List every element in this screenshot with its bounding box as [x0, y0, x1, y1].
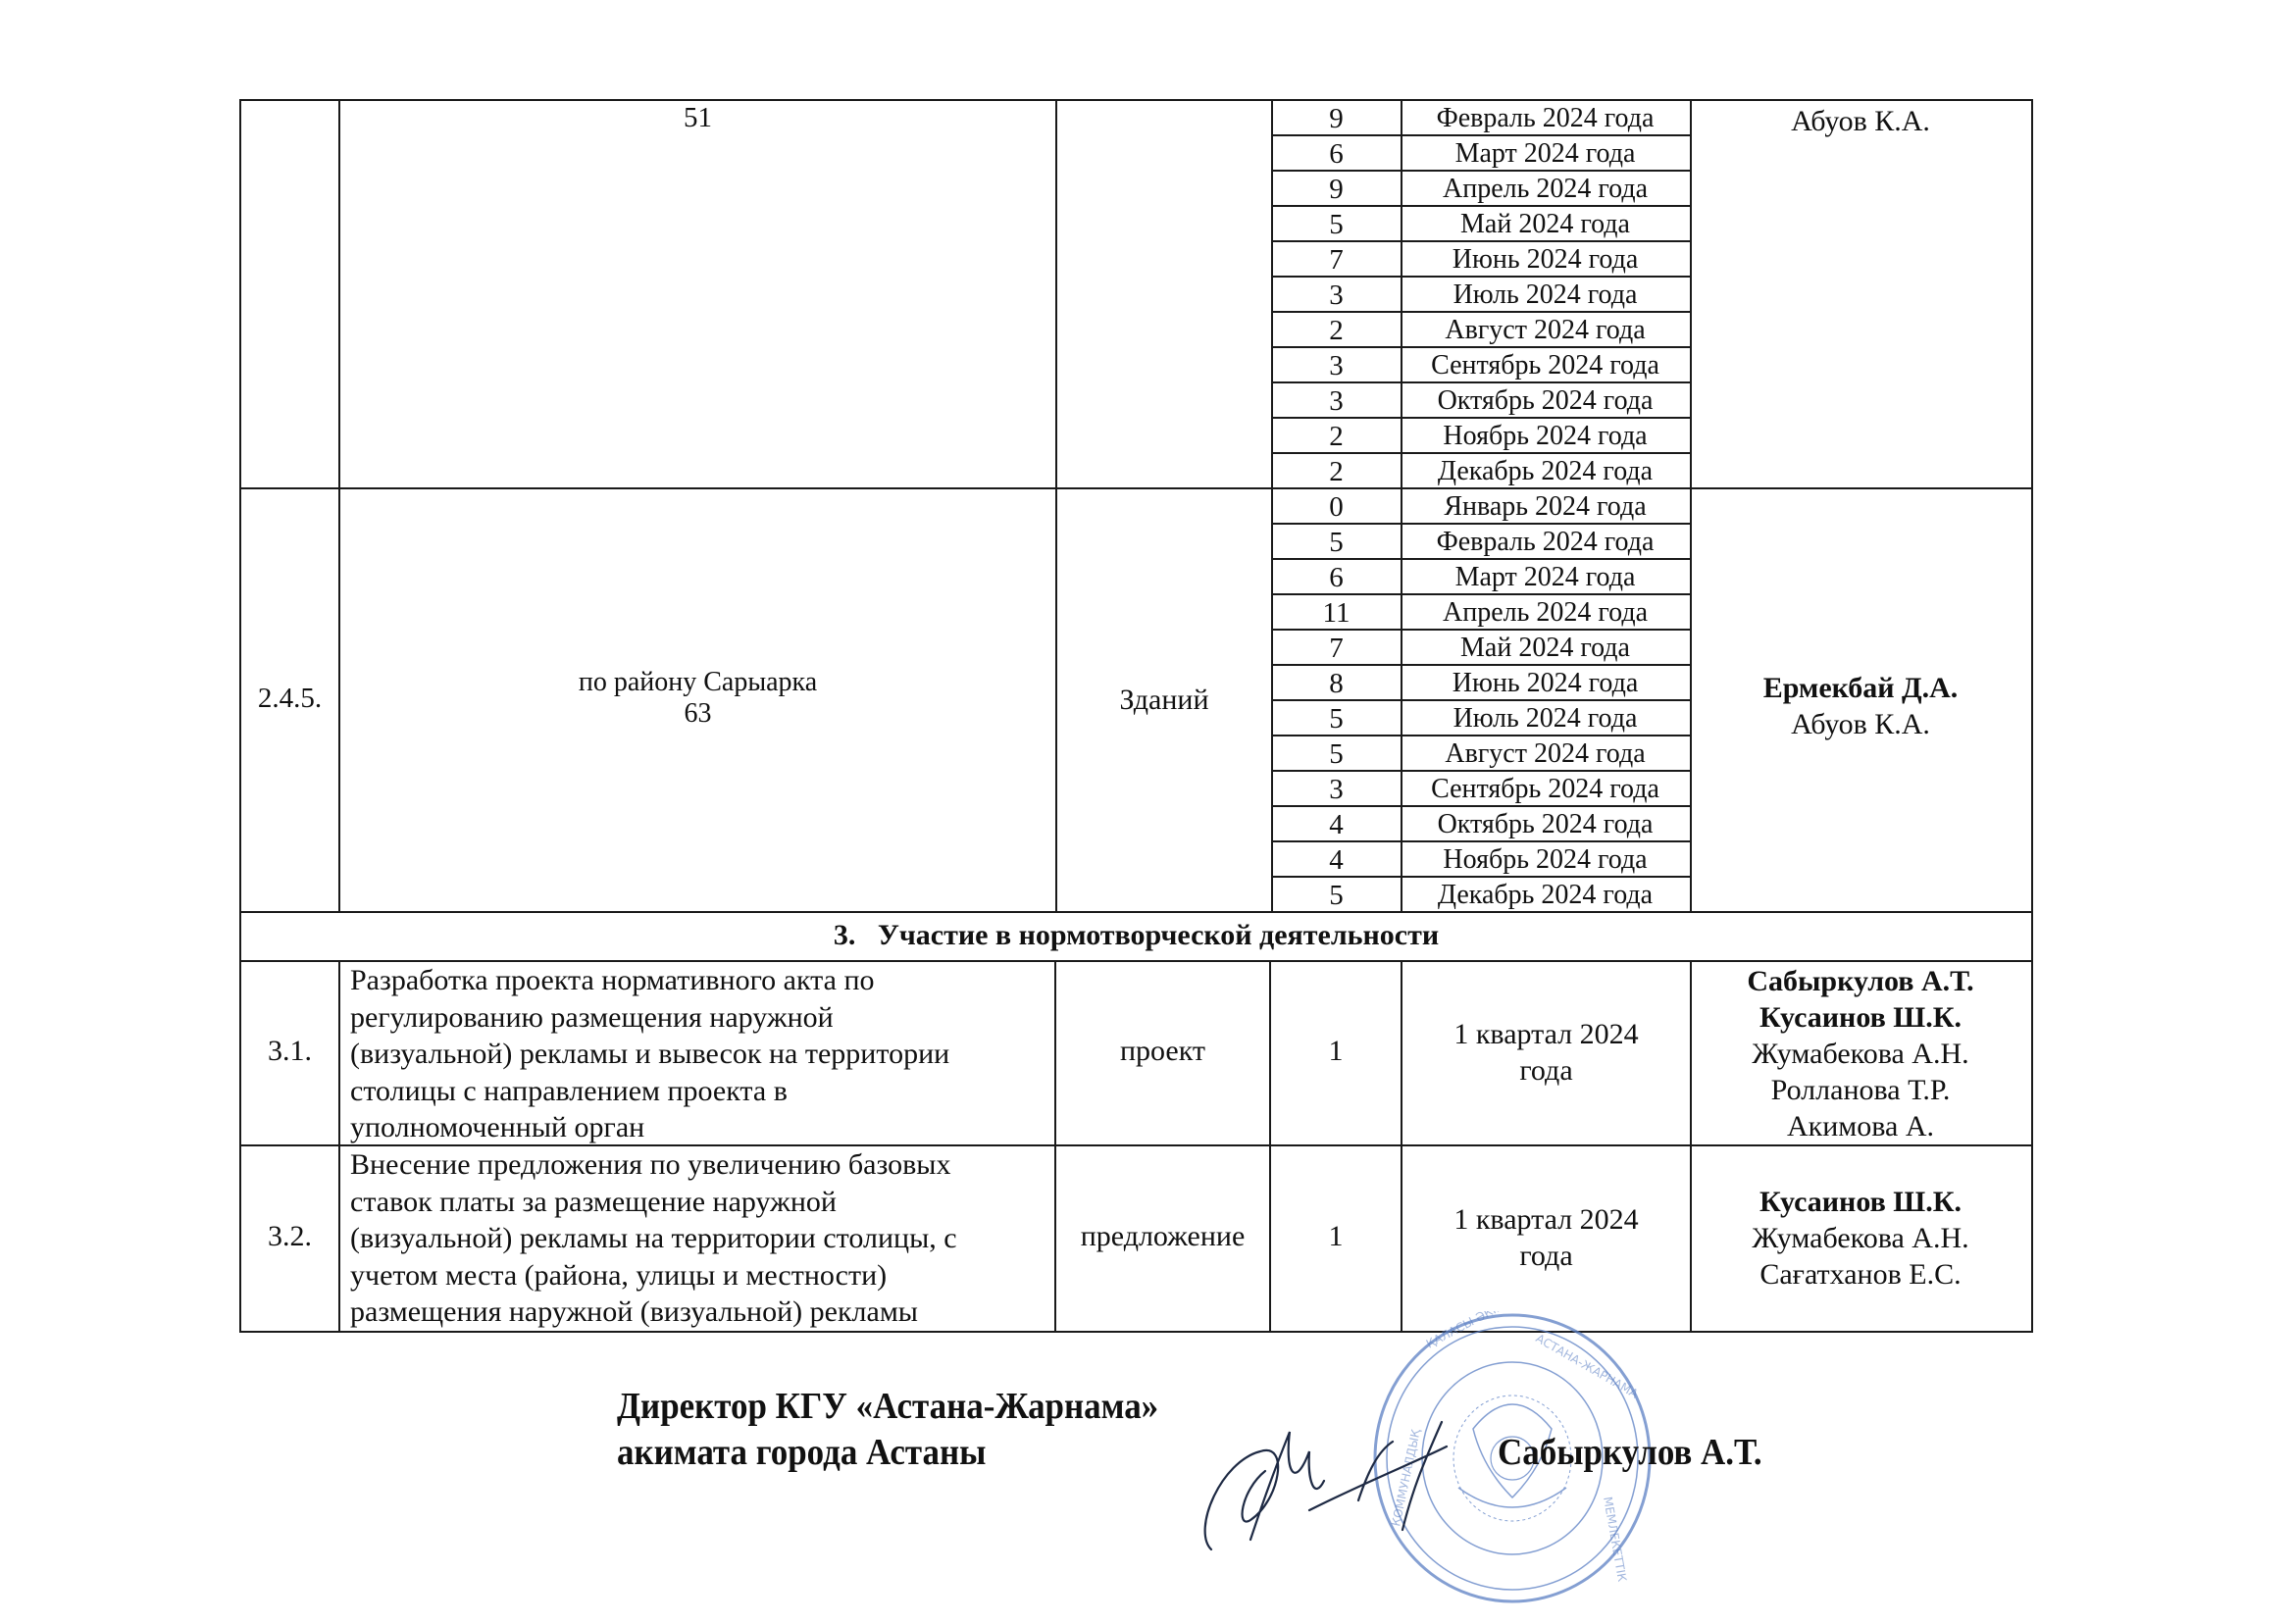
responsible-person: Сағатханов Е.С.: [1690, 1256, 2031, 1293]
description-line: столицы с направлением проекта в: [350, 1073, 1056, 1110]
schedule-period: Сентябрь 2024 года: [1401, 348, 1690, 383]
schedule-period: Ноябрь 2024 года: [1401, 842, 1690, 878]
schedule-period: Июль 2024 года: [1401, 278, 1690, 313]
table-right-border: [2031, 99, 2033, 1333]
description-line: уполномоченный орган: [350, 1109, 1056, 1146]
description-line: регулированию размещения наружной: [350, 999, 1056, 1037]
schedule-period: Декабрь 2024 года: [1401, 454, 1690, 489]
description-line: Разработка проекта нормативного акта по: [350, 962, 1056, 999]
schedule-count: 11: [1272, 595, 1401, 631]
schedule-count: 2: [1272, 313, 1401, 348]
period-line: года: [1402, 1238, 1690, 1274]
responsible-cell: Сабыркулов А.Т.Кусаинов Ш.К.Жумабекова А…: [1690, 963, 2031, 1144]
responsible-person: Жумабекова А.Н.: [1690, 1220, 2031, 1256]
section-header: 3. Участие в нормотворческой деятельност…: [241, 918, 2031, 953]
schedule-count: 4: [1272, 807, 1401, 842]
responsible-person: Ермекбай Д.А.: [1690, 670, 2031, 706]
schedule-period: Март 2024 года: [1401, 136, 1690, 172]
row-unit: проект: [1056, 1034, 1269, 1069]
schedule-count: 6: [1272, 560, 1401, 595]
period-line: 1 квартал 2024: [1402, 1201, 1690, 1238]
schedule-period: Июль 2024 года: [1401, 701, 1690, 736]
responsible-person: Акимова А.: [1690, 1108, 2031, 1144]
row-description: Внесение предложения по увеличению базов…: [350, 1146, 1056, 1331]
schedule-count: 4: [1272, 842, 1401, 878]
description-line: размещения наружной (визуальной) рекламы: [350, 1294, 1056, 1331]
schedule-count: 7: [1272, 631, 1401, 666]
signer-position-line1: Директор КГУ «Астана-Жарнама»: [617, 1383, 1158, 1430]
schedule-count: 5: [1272, 207, 1401, 242]
row-count: 1: [1271, 1034, 1401, 1069]
row-count: 1: [1271, 1219, 1401, 1254]
schedule-count: 7: [1272, 242, 1401, 278]
responsible-cell: Абуов К.А.: [1690, 103, 2031, 139]
table-left-border: [239, 99, 241, 1333]
description-line: учетом места (района, улицы и местности): [350, 1257, 1056, 1294]
schedule-count: 5: [1272, 525, 1401, 560]
schedule-count: 6: [1272, 136, 1401, 172]
schedule-period: Апрель 2024 года: [1401, 172, 1690, 207]
col-divider: [338, 99, 340, 913]
schedule-period: Ноябрь 2024 года: [1401, 419, 1690, 454]
responsible-person: Кусаинов Ш.К.: [1690, 1184, 2031, 1220]
schedule-period: Май 2024 года: [1401, 207, 1690, 242]
schedule-count: 5: [1272, 736, 1401, 772]
description-line: ставок платы за размещение наружной: [350, 1184, 1056, 1221]
row-description: Разработка проекта нормативного акта пор…: [350, 962, 1056, 1146]
schedule-count: 3: [1272, 772, 1401, 807]
row-divider: [239, 487, 2032, 489]
col-divider: [1055, 99, 1057, 913]
schedule-count: 2: [1272, 419, 1401, 454]
row-divider: [239, 911, 2032, 913]
row-unit: Зданий: [1057, 683, 1271, 718]
schedule-count: 5: [1272, 878, 1401, 913]
col-divider: [338, 960, 340, 1333]
responsible-cell: Ермекбай Д.А.Абуов К.А.: [1690, 670, 2031, 742]
schedule-period: Май 2024 года: [1401, 631, 1690, 666]
schedule-period: Сентябрь 2024 года: [1401, 772, 1690, 807]
row-title-count: 63: [340, 696, 1055, 732]
schedule-count: 9: [1272, 101, 1401, 136]
description-line: (визуальной) рекламы и вывесок на террит…: [350, 1036, 1056, 1073]
responsible-cell: Кусаинов Ш.К.Жумабекова А.Н.Сағатханов Е…: [1690, 1184, 2031, 1293]
row-number: 3.2.: [241, 1219, 338, 1254]
handwritten-signature-icon: [1192, 1393, 1505, 1564]
responsible-person: Сабыркулов А.Т.: [1690, 963, 2031, 999]
responsible-person: Абуов К.А.: [1690, 706, 2031, 742]
schedule-count: 3: [1272, 278, 1401, 313]
svg-text:АСТАНА-ЖАРНАМА: АСТАНА-ЖАРНАМА: [1534, 1331, 1642, 1400]
col-divider: [1690, 99, 1692, 913]
responsible-person: Кусаинов Ш.К.: [1690, 999, 2031, 1036]
schedule-period: Август 2024 года: [1401, 313, 1690, 348]
schedule-period: Октябрь 2024 года: [1401, 807, 1690, 842]
responsible-person: Абуов К.А.: [1690, 103, 2031, 139]
schedule-count: 3: [1272, 383, 1401, 419]
row-number: 2.4.5.: [241, 681, 338, 716]
schedule-period: Июнь 2024 года: [1401, 666, 1690, 701]
row-title: 51: [340, 100, 1055, 135]
schedule-period: Июнь 2024 года: [1401, 242, 1690, 278]
schedule-count: 9: [1272, 172, 1401, 207]
schedule-period: Август 2024 года: [1401, 736, 1690, 772]
period-line: 1 квартал 2024: [1402, 1016, 1690, 1052]
table-bottom-border: [239, 1331, 2032, 1333]
signer-name: Сабыркулов А.Т.: [1498, 1429, 1762, 1476]
schedule-period: Февраль 2024 года: [1401, 101, 1690, 136]
description-line: Внесение предложения по увеличению базов…: [350, 1146, 1056, 1184]
schedule-period: Апрель 2024 года: [1401, 595, 1690, 631]
signer-position-line2: акимата города Астаны: [617, 1429, 986, 1476]
schedule-period: Февраль 2024 года: [1401, 525, 1690, 560]
row-period: 1 квартал 2024года: [1402, 1201, 1690, 1274]
schedule-period: Март 2024 года: [1401, 560, 1690, 595]
description-line: (визуальной) рекламы на территории столи…: [350, 1220, 1056, 1257]
schedule-count: 3: [1272, 348, 1401, 383]
schedule-period: Январь 2024 года: [1401, 489, 1690, 525]
schedule-count: 2: [1272, 454, 1401, 489]
row-period: 1 квартал 2024года: [1402, 1016, 1690, 1089]
schedule-count: 0: [1272, 489, 1401, 525]
row-unit: предложение: [1056, 1219, 1269, 1254]
schedule-period: Декабрь 2024 года: [1401, 878, 1690, 913]
responsible-person: Жумабекова А.Н.: [1690, 1036, 2031, 1072]
schedule-period: Октябрь 2024 года: [1401, 383, 1690, 419]
row-title: по району Сарыарка: [340, 665, 1055, 700]
schedule-count: 8: [1272, 666, 1401, 701]
row-number: 3.1.: [241, 1034, 338, 1069]
schedule-count: 5: [1272, 701, 1401, 736]
period-line: года: [1402, 1052, 1690, 1089]
col-divider: [1269, 960, 1271, 1333]
responsible-person: Ролланова Т.Р.: [1690, 1072, 2031, 1108]
